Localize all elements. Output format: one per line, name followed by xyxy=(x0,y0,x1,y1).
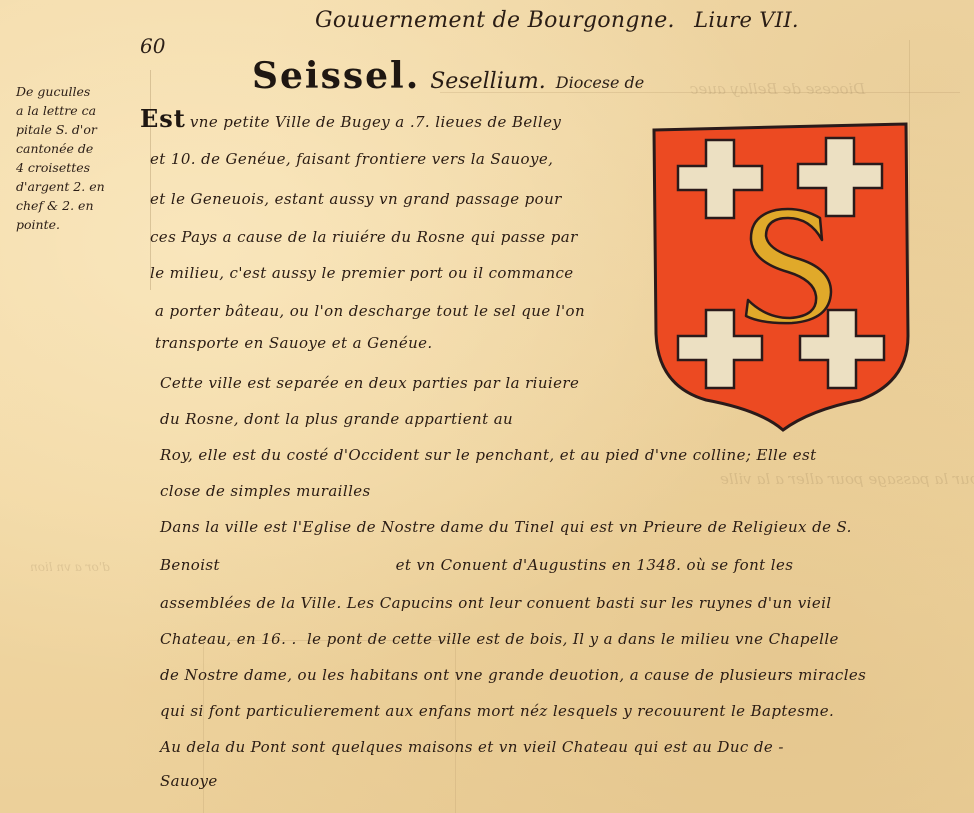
body-line: Estvne petite Ville de Bugey a .7. lieue… xyxy=(140,104,561,133)
margin-note-line: cantonée de xyxy=(16,139,141,158)
body-line: Benoist et vn Conuent d'Augustins en 134… xyxy=(160,556,793,574)
place-name: Seissel. xyxy=(252,55,420,97)
diocese-label: Diocese de xyxy=(556,73,644,92)
body-line: a porter bâteau, ou l'on descharge tout … xyxy=(155,302,585,320)
body-line: ces Pays a cause de la riuiére du Rosne … xyxy=(150,228,578,246)
margin-note-line: 4 croisettes xyxy=(16,158,141,177)
body-line: assemblées de la Ville. Les Capucins ont… xyxy=(160,594,832,612)
body-line: Dans la ville est l'Eglise de Nostre dam… xyxy=(160,518,852,536)
margin-note-line: d'argent 2. en xyxy=(16,177,141,196)
margin-note-line: De guculles xyxy=(16,82,141,101)
body-line: le milieu, c'est aussy le premier port o… xyxy=(150,264,574,282)
margin-rule xyxy=(150,70,151,290)
page-number: 60 xyxy=(140,34,165,58)
bleed-through-text: Diocese de Bellay auec xyxy=(690,80,865,98)
body-line: du Rosne, dont la plus grande appartient… xyxy=(160,410,513,428)
body-line: Sauoye xyxy=(160,772,218,790)
margin-note-line: a la lettre ca xyxy=(16,101,141,120)
body-line: Cette ville est separée en deux parties … xyxy=(160,374,579,392)
body-line: de Nostre dame, ou les habitans ont vne … xyxy=(160,666,866,684)
running-head: Gouuernement de Bourgongne. Liure VII. xyxy=(315,8,799,33)
body-line: transporte en Sauoye et a Genéue. xyxy=(155,334,433,352)
body-line: et 10. de Genéue, faisant frontiere vers… xyxy=(150,150,553,168)
manuscript-page: Diocese de Bellay auec pour la passage p… xyxy=(0,0,974,813)
body-line: et le Geneuois, estant aussy vn grand pa… xyxy=(150,190,562,208)
body-line: qui si font particulierement aux enfans … xyxy=(160,702,834,720)
latin-name: Sesellium. xyxy=(430,69,546,94)
running-title: Gouuernement de Bourgongne. xyxy=(315,8,675,33)
body-line: Roy, elle est du costé d'Occident sur le… xyxy=(160,446,817,464)
body-line: close de simples murailles xyxy=(160,482,371,500)
body-line: Au dela du Pont sont quelques maisons et… xyxy=(160,738,784,756)
book-number: Liure VII. xyxy=(694,8,799,32)
bleed-through-text: pour la passage pour aller a la ville xyxy=(720,470,974,488)
body-line: Chateau, en 16. . le pont de cette ville… xyxy=(160,630,839,648)
entry-title: Seissel. Sesellium. Diocese de xyxy=(252,55,644,97)
shield-icon xyxy=(650,120,912,435)
margin-note-line: chef & 2. en xyxy=(16,196,141,215)
coat-of-arms xyxy=(650,120,912,435)
margin-note-line: pitale S. d'or xyxy=(16,120,141,139)
drop-cap: Est xyxy=(140,104,186,133)
margin-note-line: pointe. xyxy=(16,215,141,234)
bleed-through-text: d'or a vn lion xyxy=(30,560,110,574)
blazon-margin-note: De guculles a la lettre ca pitale S. d'o… xyxy=(16,82,141,234)
